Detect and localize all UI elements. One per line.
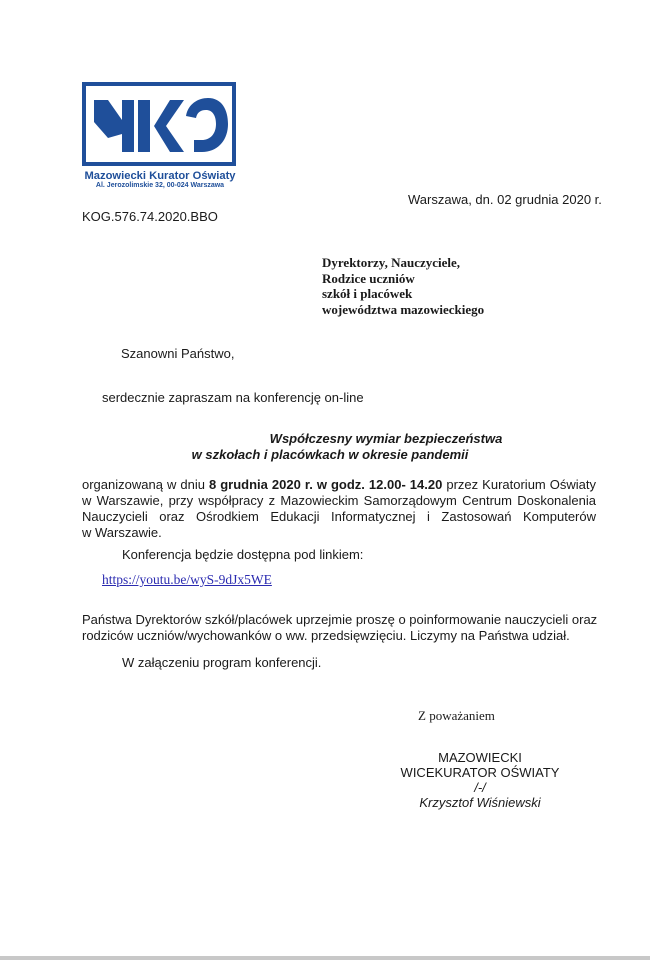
place-date: Warszawa, dn. 02 grudnia 2020 r. (408, 192, 602, 207)
details-text: przez Kuratorium Oświaty (442, 477, 596, 492)
signatory-name: Krzysztof Wiśniewski (380, 795, 580, 810)
addressee-block: Dyrektorzy, Nauczyciele, Rodzice uczniów… (322, 255, 484, 317)
salutation: Szanowni Państwo, (121, 346, 234, 361)
addressee-line: Rodzice uczniów (322, 271, 484, 287)
signature-block: MAZOWIECKI WICEKURATOR OŚWIATY /-/ Krzys… (380, 750, 580, 810)
institution-name: Mazowiecki Kurator Oświaty (82, 170, 238, 182)
addressee-line: województwa mazowieckiego (322, 302, 484, 318)
signature-mark: /-/ (380, 780, 580, 795)
addressee-line: szkół i placówek (322, 286, 484, 302)
request-line: rodziców uczniów/wychowanków o ww. przed… (82, 628, 596, 644)
details-paragraph: organizowaną w dniu 8 grudnia 2020 r. w … (82, 477, 596, 541)
mko-logo-icon (82, 82, 236, 166)
details-line: w Warszawie. (82, 525, 596, 541)
regards: Z poważaniem (418, 708, 495, 724)
conference-link[interactable]: https://youtu.be/wyS-9dJx5WE (102, 572, 272, 588)
event-datetime: 8 grudnia 2020 r. w godz. 12.00- 14.20 (209, 477, 442, 492)
addressee-line: Dyrektorzy, Nauczyciele, (322, 255, 484, 271)
details-line: Nauczycieli oraz Ośrodkiem Edukacji Info… (82, 509, 596, 525)
conference-title: Współczesny wymiar bezpieczeństwa w szko… (82, 431, 578, 463)
details-text: organizowaną w dniu (82, 477, 209, 492)
invitation-text: serdecznie zapraszam na konferencję on-l… (102, 390, 364, 405)
request-line: Państwa Dyrektorów szkół/placówek uprzej… (82, 612, 596, 628)
page-bottom-edge (0, 956, 650, 960)
reference-number: KOG.576.74.2020.BBO (82, 209, 218, 224)
conference-title-line: w szkołach i placówkach w okresie pandem… (82, 447, 578, 463)
conference-title-line: Współczesny wymiar bezpieczeństwa (82, 431, 578, 447)
link-intro: Konferencja będzie dostępna pod linkiem: (122, 547, 363, 562)
attachment-note: W załączeniu program konferencji. (122, 655, 321, 670)
details-line: organizowaną w dniu 8 grudnia 2020 r. w … (82, 477, 596, 493)
signatory-title: MAZOWIECKI (380, 750, 580, 765)
signatory-title: WICEKURATOR OŚWIATY (380, 765, 580, 780)
request-paragraph: Państwa Dyrektorów szkół/placówek uprzej… (82, 612, 596, 644)
institution-address: Al. Jerozolimskie 32, 00-024 Warszawa (82, 182, 238, 189)
details-line: w Warszawie, przy współpracy z Mazowieck… (82, 493, 596, 509)
